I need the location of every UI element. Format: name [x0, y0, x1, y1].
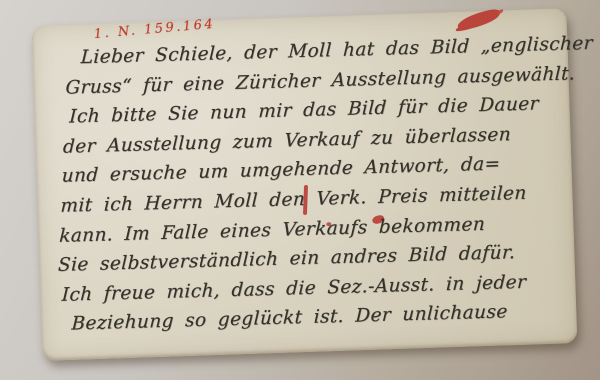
postcard: 1. N. 159.164 Lieber Schiele, der Moll h… — [32, 8, 578, 361]
handwriting-text: Lieber Schiele, der Moll hat das Bild „e… — [55, 30, 566, 340]
archival-number: 1. N. 159.164 — [93, 17, 215, 42]
photo-background: 1. N. 159.164 Lieber Schiele, der Moll h… — [0, 0, 600, 380]
red-ink-smudge — [456, 7, 502, 32]
